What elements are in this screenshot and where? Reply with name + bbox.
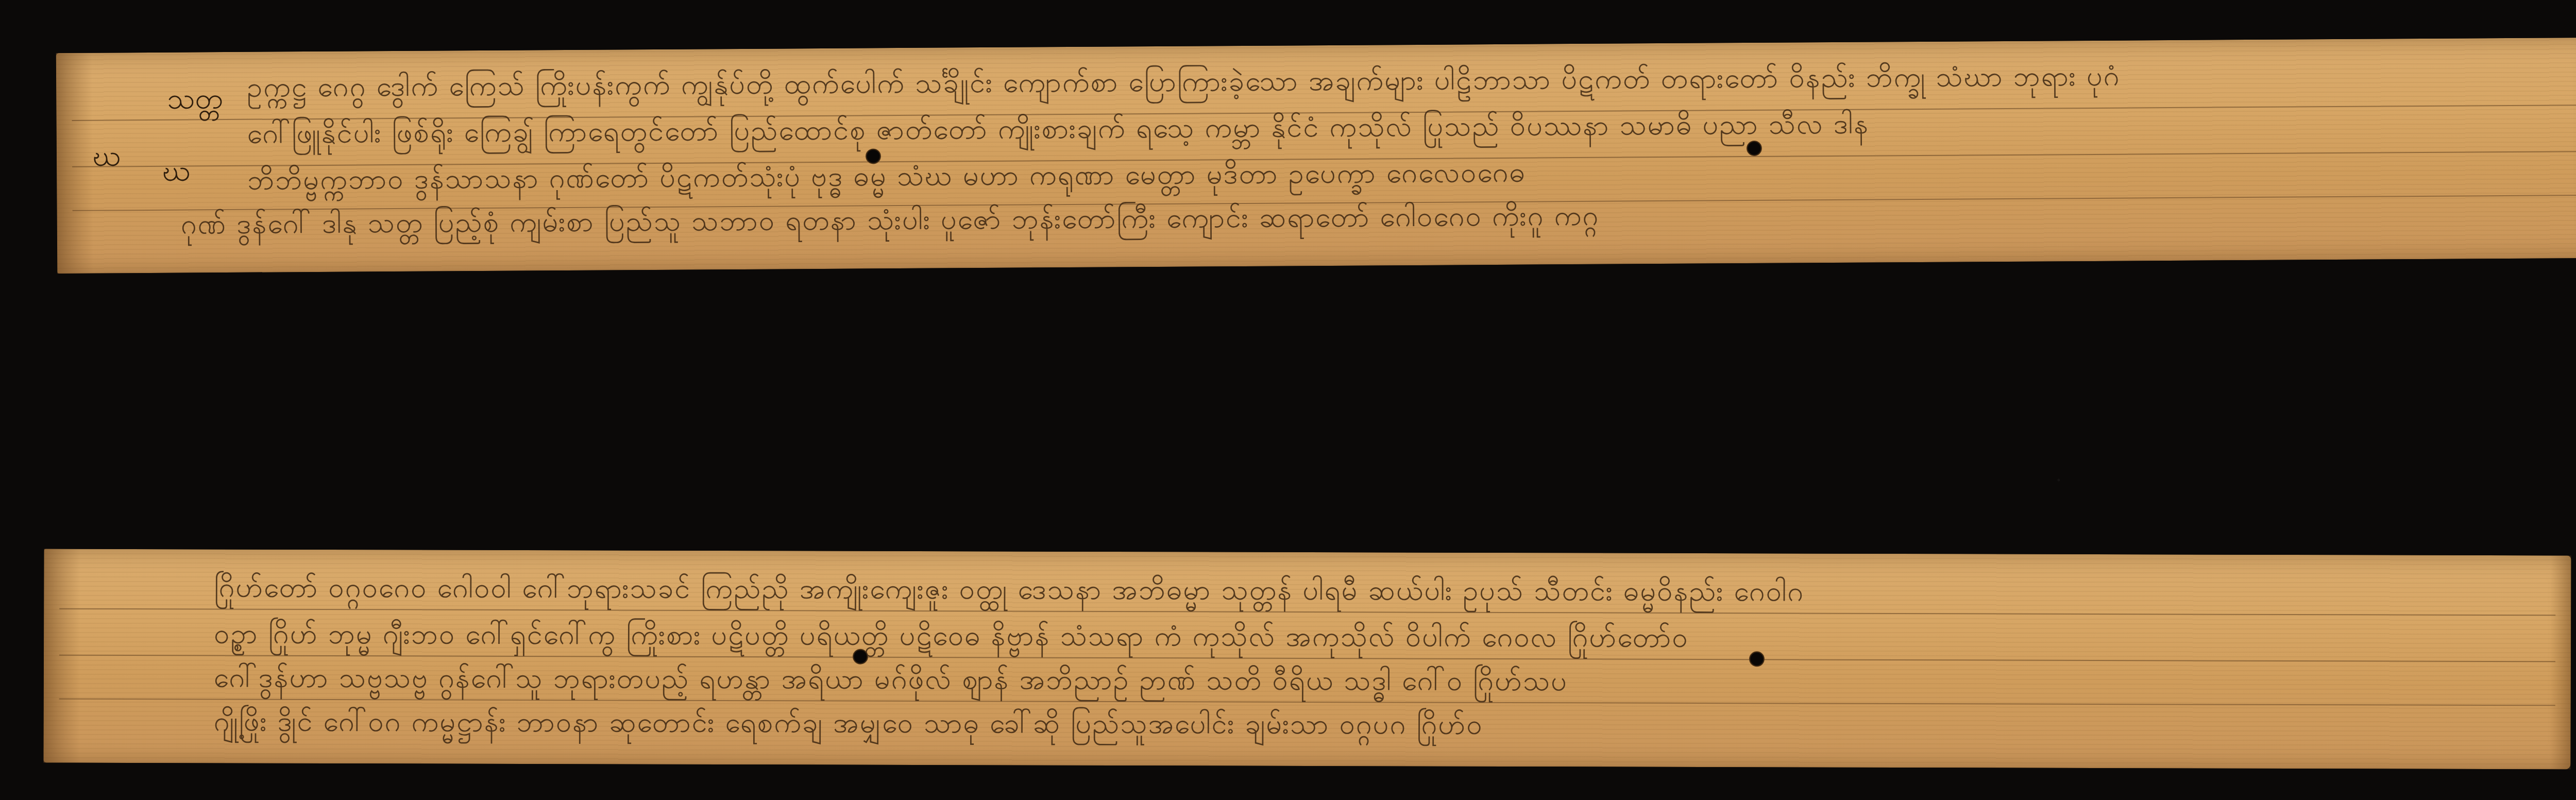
leaf-number-letter-outer: ဃ: [93, 138, 121, 180]
script-line-3: ဂေါ်ဒွန်ဟာ သဗ္ဗသဗ္ဗ ဂွန်ဂေါ်သူ ဘုရားတပည့…: [214, 660, 2388, 706]
script-line-4: ဂျို့ဖြိုး ဒွိုင် ဂေါ်ဝဂ ကမ္မဋ္ဌာန်း ဘာဝ…: [214, 704, 2388, 750]
script-line-1: ဥက္ကဋ္ဌ ဂေဂွ ဒွေါက် ကြေသ် ကြိုးပန်းကွက် …: [247, 56, 2478, 110]
palm-leaf-folio-top: သတ္တ ဃ ဃ ဥက္ကဋ္ဌ ဂေဂွ ဒွေါက် ကြေသ် ကြိုး…: [56, 38, 2576, 274]
string-hole-right: [1749, 651, 1765, 667]
string-hole-right: [1747, 141, 1762, 156]
script-line-2: ဂေါ်ဖြူနိုင်ပါး ဖြစ်ရိုး ကြေချွ် ကြာရေတွ…: [247, 103, 2478, 157]
string-hole-left: [853, 649, 868, 665]
leaf-number-letter-inner: ဃ: [162, 152, 191, 195]
margin-title-note: သတ္တ: [167, 80, 223, 123]
palm-leaf-folio-bottom: ဂြိုဟ်တော် ဝဂ္ဂဝဂေဝ ဂေါဝဝါ ဂေါ်ဘုရားသခင်…: [43, 549, 2571, 770]
string-hole-left: [866, 148, 881, 164]
script-line-1: ဂြိုဟ်တော် ဝဂ္ဂဝဂေဝ ဂေါဝဝါ ဂေါ်ဘုရားသခင်…: [214, 570, 2388, 616]
script-line-2: ဝဉ္စာ ဂြိုဟ် ဘုမ္မ ဂျီးဘဝ ဂေါ်ရှင်ဂေါ်ကွ…: [214, 616, 2388, 662]
